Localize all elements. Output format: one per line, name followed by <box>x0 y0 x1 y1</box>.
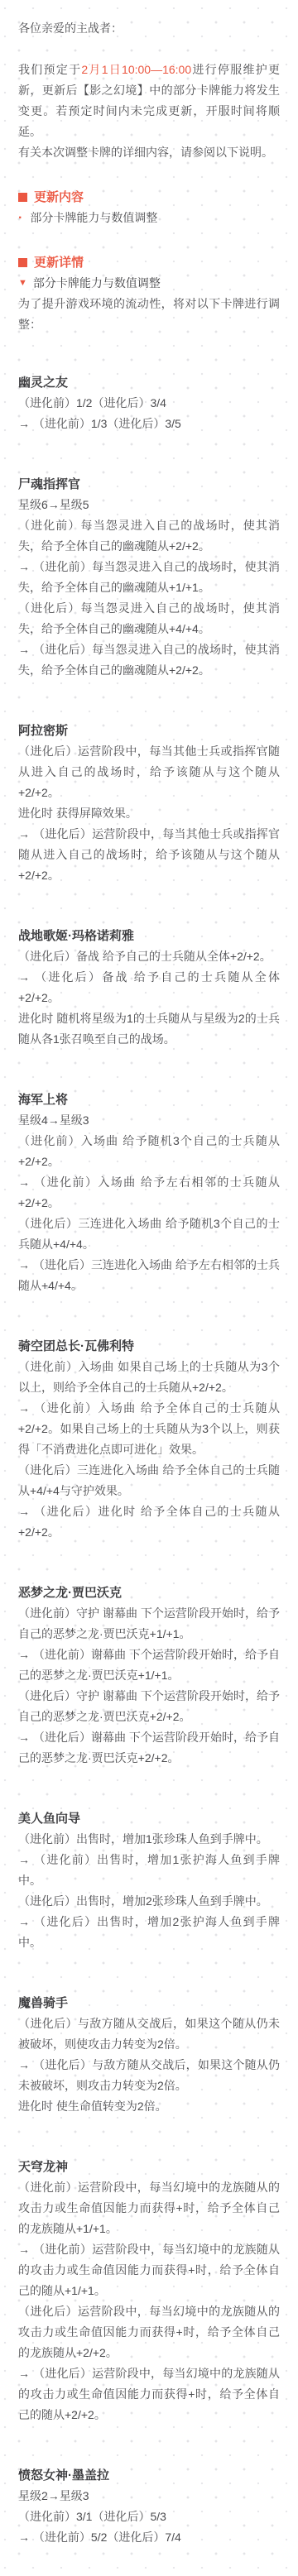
reference-note-text: 有关本次调整卡牌的详细内容，请参阅以下说明。 <box>18 142 280 163</box>
dot-bullet-icon: · <box>18 208 22 228</box>
update-content-bullet-item: · 部分卡牌能力与数值调整 <box>18 208 280 228</box>
section-update-content-title: 更新内容 <box>18 187 280 208</box>
card-name: 阿拉密斯 <box>18 721 280 741</box>
card-effect-line: → （进化后）备战 给予自己的士兵随从全体+2/+2。 <box>18 967 280 1008</box>
card-effect-line: → （进化后）每当怨灵进入自己的战场时，使其消失，给予全体自己的幽魂随从+2/+… <box>18 639 280 681</box>
card-effect-line: （进化后）运营阶段中，每当其他士兵或指挥官随从进入自己的战场时，给予该随从与这个… <box>18 741 280 803</box>
card-effect-line: → （进化前）运营阶段中，每当幻境中的龙族随从的攻击力或生命值因能力而获得+时，… <box>18 2239 280 2301</box>
card-effect-line: （进化后）出售时，增加2张珍珠人鱼到手牌中。 <box>18 1891 280 1912</box>
section-title-label: 更新详情 <box>34 252 84 273</box>
card-effect-line: （进化前）3/1（进化后）5/3 <box>18 2507 280 2527</box>
card-name: 尸魂指挥官 <box>18 474 280 495</box>
card-name: 美人鱼向导 <box>18 1808 280 1829</box>
card-name: 骑空团总长·瓦佛利特 <box>18 1336 280 1357</box>
card-effect-line: （进化前）1/2（进化后）3/4 <box>18 393 280 414</box>
subtitle-label: 部分卡牌能力与数值调整 <box>33 273 161 294</box>
card-effect-line: （进化后）备战 给予自己的士兵随从全体+2/+2。 <box>18 946 280 967</box>
card-section: 尸魂指挥官 星级6→星级5（进化前）每当怨灵进入自己的战场时，使其消失，给予全体… <box>18 474 280 681</box>
card-section: 幽灵之友 （进化前）1/2（进化后）3/4→ （进化前）1/3（进化后）3/5 <box>18 372 280 434</box>
adjustment-intro-text: 为了提升游戏环境的流动性，将对以下卡牌进行调整： <box>18 294 280 335</box>
section-title-label: 更新内容 <box>34 187 84 208</box>
card-effect-line: （进化前）每当怨灵进入自己的战场时，使其消失，给予全体自己的幽魂随从+2/+2。 <box>18 515 280 557</box>
card-section: 天穹龙神 （进化前）运营阶段中，每当幻境中的龙族随从的攻击力或生命值因能力而获得… <box>18 2157 280 2425</box>
card-effect-line: （进化前）入场曲 给予随机3个自己的士兵随从+2/+2。 <box>18 1131 280 1172</box>
card-effect-line: → （进化后）运营阶段中，每当幻境中的龙族随从的攻击力或生命值因能力而获得+时，… <box>18 2363 280 2425</box>
card-name: 恶梦之龙·贾巴沃克 <box>18 1582 280 1603</box>
card-name: 战地歌姬·玛格诺莉雅 <box>18 926 280 946</box>
card-section: 阿拉密斯 （进化后）运营阶段中，每当其他士兵或指挥官随从进入自己的战场时，给予该… <box>18 721 280 886</box>
card-effect-line: → （进化前）每当怨灵进入自己的战场时，使其消失，给予全体自己的幽魂随从+1/+… <box>18 557 280 598</box>
card-adjustments-list: 幽灵之友 （进化前）1/2（进化后）3/4→ （进化前）1/3（进化后）3/5 … <box>18 372 280 2548</box>
red-square-icon <box>18 193 27 202</box>
card-effect-line: 星级2→星级3 <box>18 2486 280 2507</box>
card-effect-line: → （进化前）出售时，增加1张护海人鱼到手牌中。 <box>18 1850 280 1891</box>
greeting-text: 各位亲爱的主战者： <box>18 18 280 39</box>
card-effect-line: → （进化后）出售时，增加2张护海人鱼到手牌中。 <box>18 1912 280 1953</box>
card-effect-line: （进化前）入场曲 如果自己场上的士兵随从为3个以上，则给予全体自己的士兵随从+2… <box>18 1357 280 1398</box>
card-name: 幽灵之友 <box>18 372 280 393</box>
card-name: 愤怒女神·墨盖拉 <box>18 2465 280 2486</box>
card-effect-line: （进化后）三连进化入场曲 给予随机3个自己的士兵随从+4/+4。 <box>18 1214 280 1255</box>
card-section: 海军上将 星级4→星级3（进化前）入场曲 给予随机3个自己的士兵随从+2/+2。… <box>18 1089 280 1296</box>
card-effect-line: 进化时 获得屏障效果。 <box>18 803 280 824</box>
card-name: 天穹龙神 <box>18 2157 280 2177</box>
card-effect-line: 星级6→星级5 <box>18 495 280 515</box>
card-effect-line: → （进化前）1/3（进化后）3/5 <box>18 414 280 434</box>
card-section: 美人鱼向导 （进化前）出售时，增加1张珍珠人鱼到手牌中。→ （进化前）出售时，增… <box>18 1808 280 1953</box>
section-update-details-title: 更新详情 <box>18 252 280 273</box>
announcement-page: 各位亲爱的主战者： 我们预定于2月1日10:00—16:00进行停服维护更新，更… <box>0 0 298 2576</box>
card-effect-line: 进化时 随机将星级为1的士兵随从与星级为2的士兵随从各1张召唤至自己的战场。 <box>18 1008 280 1050</box>
card-effect-line: → （进化后）进化时 给予全体自己的士兵随从+2/+2。 <box>18 1501 280 1543</box>
card-effect-line: （进化后）每当怨灵进入自己的战场时，使其消失，给予全体自己的幽魂随从+4/+4。 <box>18 598 280 639</box>
maintenance-time-text: 2月1日10:00—16:00 <box>81 63 191 76</box>
update-details-subtitle: ▼ 部分卡牌能力与数值调整 <box>18 273 280 294</box>
card-effect-line: → （进化后）运营阶段中，每当其他士兵或指挥官随从进入自己的战场时，给予该随从与… <box>18 824 280 886</box>
card-effect-line: （进化前）守护 谢幕曲 下个运营阶段开始时，给予自己的恶梦之龙·贾巴沃克+1/+… <box>18 1603 280 1645</box>
card-name: 海军上将 <box>18 1089 280 1110</box>
card-effect-line: → （进化后）谢幕曲 下个运营阶段开始时，给予自己的恶梦之龙·贾巴沃克+2/+2… <box>18 1727 280 1769</box>
card-effect-line: 星级4→星级3 <box>18 1110 280 1131</box>
card-effect-line: （进化后）运营阶段中，每当幻境中的龙族随从的攻击力或生命值因能力而获得+时，给予… <box>18 2301 280 2363</box>
maintenance-notice-paragraph: 我们预定于2月1日10:00—16:00进行停服维护更新，更新后【影之幻境】中的… <box>18 60 280 142</box>
card-effect-line: → （进化后）三连进化入场曲 给予左右相邻的士兵随从+4/+4。 <box>18 1255 280 1296</box>
card-effect-line: → （进化前）入场曲 给予左右相邻的士兵随从+2/+2。 <box>18 1172 280 1214</box>
card-section: 战地歌姬·玛格诺莉雅 （进化后）备战 给予自己的士兵随从全体+2/+2。→ （进… <box>18 926 280 1050</box>
card-effect-line: （进化后）三连进化入场曲 给予全体自己的士兵随从+4/+4与守护效果。 <box>18 1460 280 1501</box>
card-effect-line: （进化前）运营阶段中，每当幻境中的龙族随从的攻击力或生命值因能力而获得+时，给予… <box>18 2177 280 2239</box>
card-section: 魔兽骑手 （进化后）与敌方随从交战后，如果这个随从仍未被破坏，则使攻击力转变为2… <box>18 1993 280 2117</box>
red-square-icon <box>18 258 27 267</box>
card-effect-line: （进化前）出售时，增加1张珍珠人鱼到手牌中。 <box>18 1829 280 1850</box>
card-effect-line: 进化时 使生命值转变为2倍。 <box>18 2096 280 2117</box>
card-section: 愤怒女神·墨盖拉 星级2→星级3（进化前）3/1（进化后）5/3→ （进化前）5… <box>18 2465 280 2548</box>
card-effect-line: → （进化前）5/2（进化后）7/4 <box>18 2527 280 2548</box>
card-effect-line: （进化后）与敌方随从交战后，如果这个随从仍未被破坏，则使攻击力转变为2倍。 <box>18 2013 280 2055</box>
notice-text-before-time: 我们预定于 <box>18 63 81 76</box>
triangle-down-icon: ▼ <box>18 273 27 294</box>
card-effect-line: → （进化后）与敌方随从交战后，如果这个随从仍未被破坏，则攻击力转变为2倍。 <box>18 2055 280 2096</box>
card-name: 魔兽骑手 <box>18 1993 280 2013</box>
card-section: 恶梦之龙·贾巴沃克 （进化前）守护 谢幕曲 下个运营阶段开始时，给予自己的恶梦之… <box>18 1582 280 1769</box>
card-effect-line: → （进化前）谢幕曲 下个运营阶段开始时，给予自己的恶梦之龙·贾巴沃克+1/+1… <box>18 1645 280 1686</box>
card-effect-line: （进化后）守护 谢幕曲 下个运营阶段开始时，给予自己的恶梦之龙·贾巴沃克+2/+… <box>18 1686 280 1727</box>
bullet-item-label: 部分卡牌能力与数值调整 <box>30 208 157 228</box>
card-effect-line: → （进化前）入场曲 给予全体自己的士兵随从+2/+2。如果自己场上的士兵随从为… <box>18 1398 280 1460</box>
card-section: 骑空团总长·瓦佛利特 （进化前）入场曲 如果自己场上的士兵随从为3个以上，则给予… <box>18 1336 280 1543</box>
